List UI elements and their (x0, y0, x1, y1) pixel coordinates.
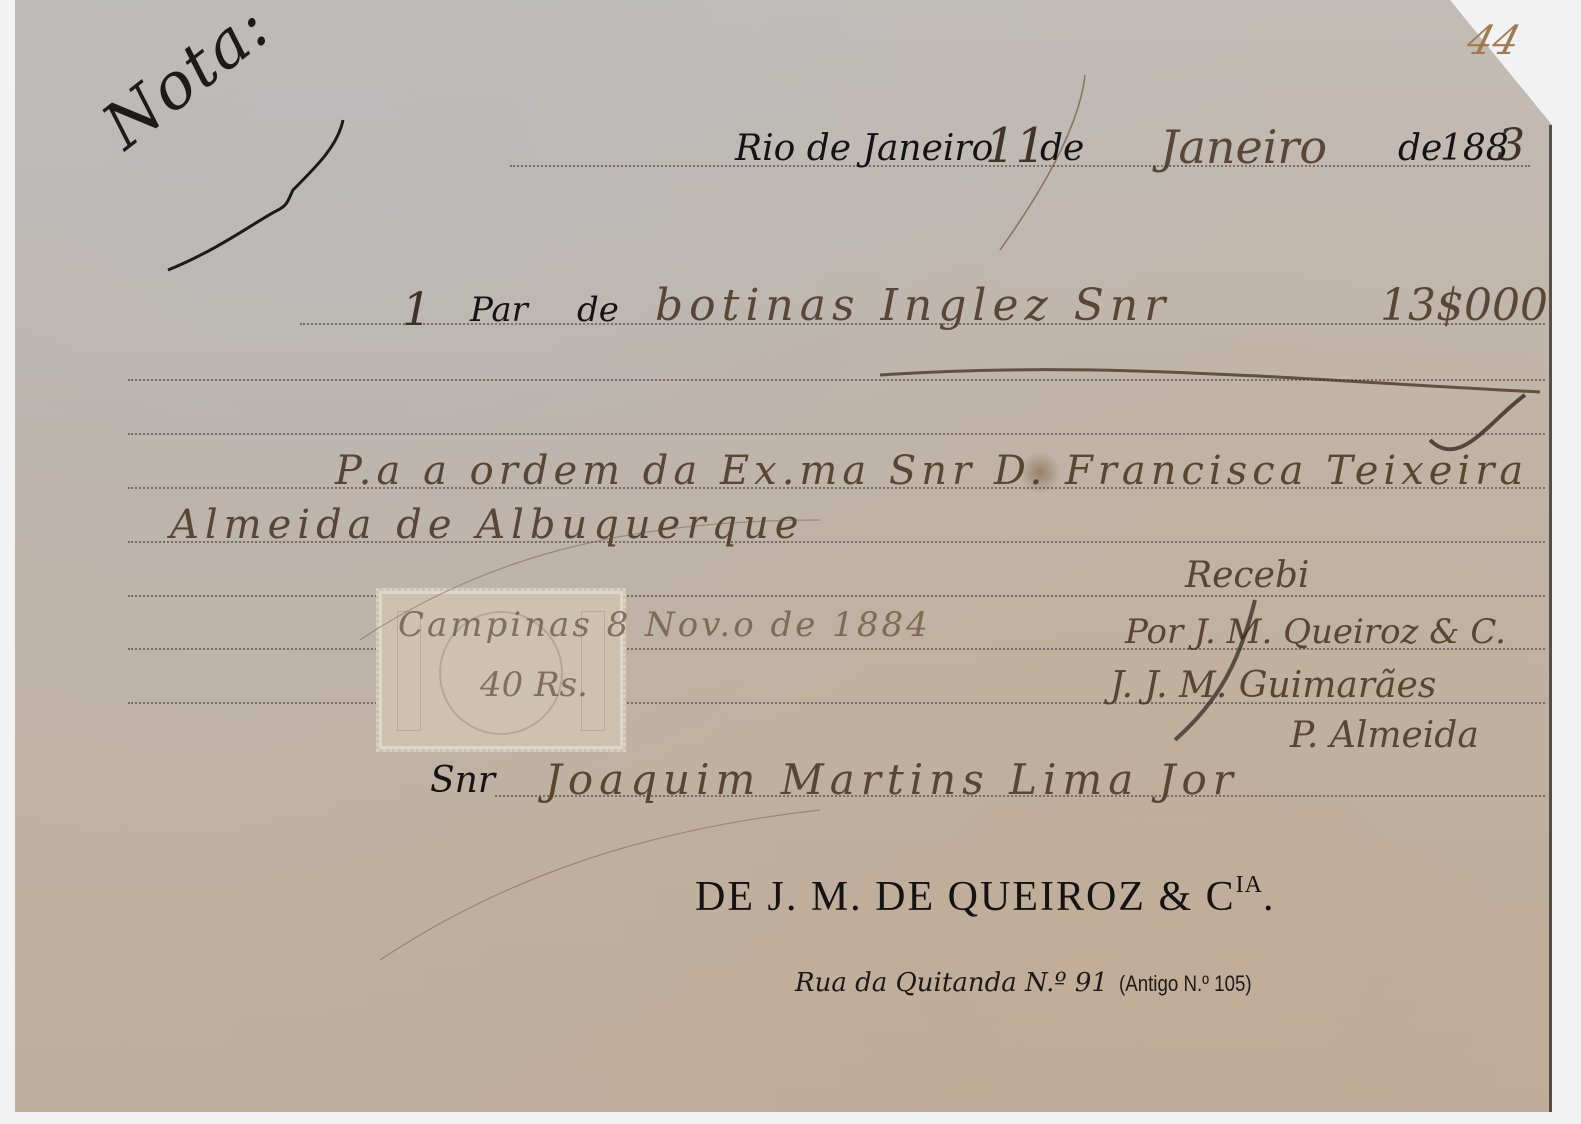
company-name-main: DE J. M. DE QUEIROZ & (695, 874, 1193, 920)
dateline-year-suffix: 3 (1497, 120, 1525, 171)
paper-edge-shadow (1549, 125, 1552, 1112)
dateline-city: Rio de Janeiro (735, 128, 993, 169)
folio-number: 44 (1462, 18, 1525, 64)
address-street: Rua da Quitanda N.º 91 (795, 968, 1108, 998)
dateline-month: Janeiro (1160, 120, 1327, 174)
receipt-signer-2: P. Almeida (1290, 715, 1479, 756)
body-line-1: P.a a ordem da Ex.ma Snr D. Francisca Te… (335, 448, 1528, 494)
ruled-line-2 (128, 379, 1545, 381)
ruled-line-3 (128, 433, 1545, 435)
receipt-recebi: Recebi (1185, 555, 1309, 596)
address-old-number: (Antigo N.º 105) (1119, 971, 1252, 997)
ruled-line-6 (128, 595, 1545, 597)
line-item-unit: Par (470, 290, 528, 330)
addressee-prefix: Snr (430, 760, 495, 801)
addressee-name: Joaquim Martins Lima Jor (545, 755, 1239, 804)
receipt-signer: J. J. M. Guimarães (1110, 665, 1436, 706)
line-item-description: botinas Inglez Snr (655, 280, 1171, 331)
line-item-de: de (577, 290, 619, 330)
company-name-sup: IA (1236, 872, 1263, 898)
dateline-de-2: de (1398, 128, 1442, 169)
dateline-de-1: de (1040, 128, 1084, 169)
company-name-dot: . (1263, 874, 1276, 920)
stamp-cancellation-line-2: 40 Rs. (480, 665, 588, 705)
company-address: Rua da Quitanda N.º 91 (Antigo N.º 105) (795, 968, 1275, 998)
dateline-day: 11 (985, 118, 1046, 174)
company-name: DE J. M. DE QUEIROZ & CIA. (695, 872, 1275, 921)
body-line-2: Almeida de Albuquerque (170, 502, 804, 548)
nota-swash-ornament (148, 110, 348, 280)
company-name-c: C (1206, 874, 1236, 920)
line-item-amount: 13$000 (1380, 280, 1548, 331)
line-item-quantity: 1 (402, 282, 431, 336)
stamp-cancellation-line-1: Campinas 8 Nov.o de 1884 (398, 605, 931, 645)
receipt-por-company: Por J. M. Queiroz & C. (1125, 612, 1506, 652)
